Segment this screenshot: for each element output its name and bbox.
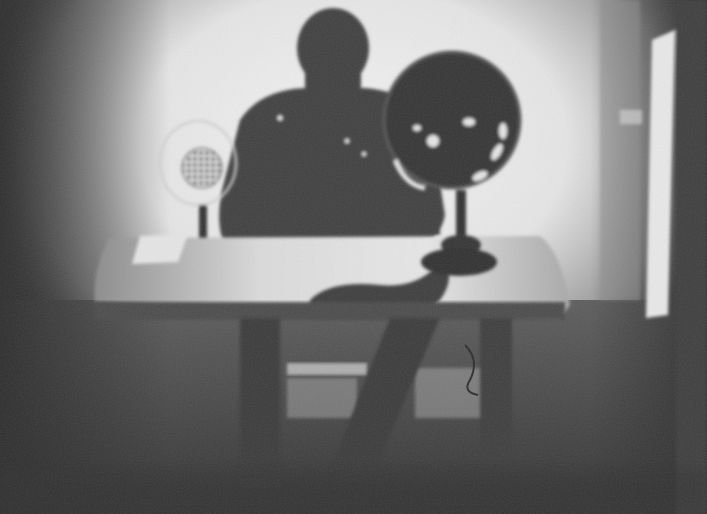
scene — [0, 0, 707, 514]
photograph: Vintage black-and-white photograph of a … — [0, 0, 707, 514]
film-grain — [0, 0, 707, 514]
